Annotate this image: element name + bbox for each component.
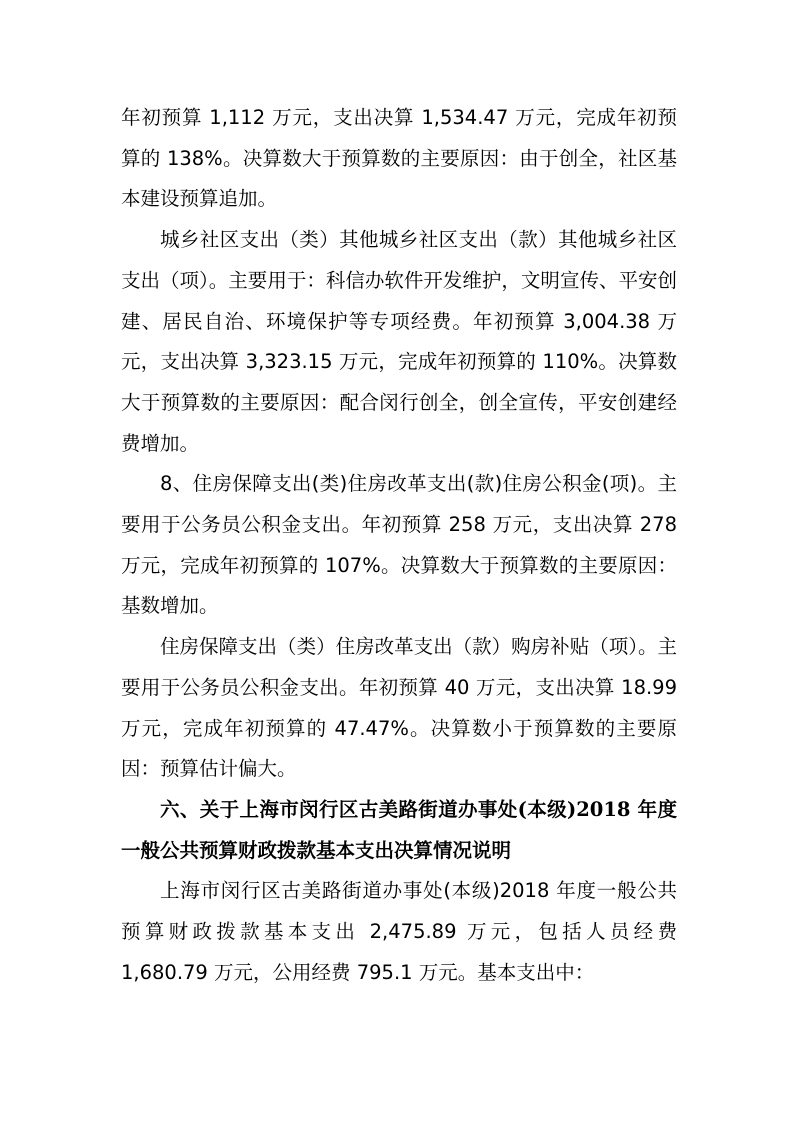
document-page: 年初预算 1,112 万元，支出决算 1,534.47 万元，完成年初预算的 1… [121, 98, 677, 993]
paragraph-housing-purchase-subsidy: 住房保障支出（类）住房改革支出（款）购房补贴（项）。主要用于公务员公积金支出。年… [121, 627, 677, 790]
paragraph-urban-infrastructure-continued: 年初预算 1,112 万元，支出决算 1,534.47 万元，完成年初预算的 1… [121, 98, 677, 220]
paragraph-housing-provident-fund: 8、住房保障支出(类)住房改革支出(款)住房公积金(项)。主要用于公务员公积金支… [121, 464, 677, 627]
paragraph-basic-expenditure-summary: 上海市闵行区古美路街道办事处(本级)2018 年度一般公共预算财政拨款基本支出 … [121, 871, 677, 993]
paragraph-other-urban-community-expenditure: 城乡社区支出（类）其他城乡社区支出（款）其他城乡社区支出（项）。主要用于：科信办… [121, 220, 677, 464]
section-heading-basic-expenditure: 六、关于上海市闵行区古美路街道办事处(本级)2018 年度一般公共预算财政拨款基… [121, 790, 677, 871]
